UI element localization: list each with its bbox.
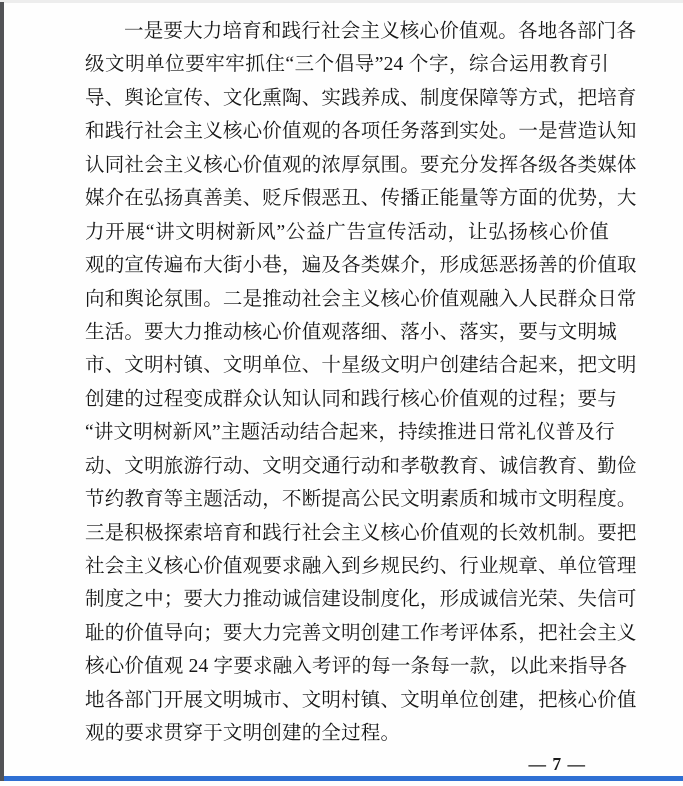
text-line: 社会主义核心价值观要求融入到乡规民约、行业规章、单位管理 <box>85 550 609 583</box>
text-line: 耻的价值导向；要大力完善文明创建工作考评体系，把社会主义 <box>85 617 609 650</box>
text-line: 创建的过程变成群众认知认同和践行核心价值观的过程；要与 <box>85 383 609 416</box>
text-line: 级文明单位要牢牢抓住“三个倡导”24 个字，综合运用教育引 <box>85 48 609 81</box>
text-line: 观的要求贯穿于文明创建的全过程。 <box>85 717 609 750</box>
text-line: “讲文明树新风”主题活动结合起来，持续推进日常礼仪普及行 <box>85 416 609 449</box>
text-line: 节约教育等主题活动，不断提高公民文明素质和城市文明程度。 <box>85 483 609 516</box>
text-line: 地各部门开展文明城市、文明村镇、文明单位创建，把核心价值 <box>85 684 609 717</box>
text-line: 媒介在弘扬真善美、贬斥假恶丑、传播正能量等方面的优势，大 <box>85 182 609 215</box>
text-line: 观的宣传遍布大街小巷，遍及各类媒介，形成惩恶扬善的价值取 <box>85 249 609 282</box>
text-line: 动、文明旅游行动、文明交通行动和孝敬教育、诚信教育、勤俭 <box>85 450 609 483</box>
page-bottom-bar <box>4 776 683 781</box>
document-page: 一是要大力培育和践行社会主义核心价值观。各地各部门各 级文明单位要牢牢抓住“三个… <box>0 0 683 786</box>
text-line: 市、文明村镇、文明单位、十星级文明户创建结合起来，把文明 <box>85 349 609 382</box>
text-line: 力开展“讲文明树新风”公益广告宣传活动，让弘扬核心价值 <box>85 216 609 249</box>
text-line: 导、舆论宣传、文化熏陶、实践养成、制度保障等方式，把培育 <box>85 82 609 115</box>
page-number: — 7 — <box>529 752 587 776</box>
text-line: 认同社会主义核心价值观的浓厚氛围。要充分发挥各级各类媒体 <box>85 149 609 182</box>
text-line: 生活。要大力推动核心价值观落细、落小、落实，要与文明城 <box>85 316 609 349</box>
text-line: 向和舆论氛围。二是推动社会主义核心价值观融入人民群众日常 <box>85 283 609 316</box>
page-left-edge <box>0 2 4 781</box>
text-line: 一是要大力培育和践行社会主义核心价值观。各地各部门各 <box>85 15 609 48</box>
text-line: 三是积极探索培育和践行社会主义核心价值观的长效机制。要把 <box>85 517 609 550</box>
text-line: 和践行社会主义核心价值观的各项任务落到实处。一是营造认知 <box>85 115 609 148</box>
body-text: 一是要大力培育和践行社会主义核心价值观。各地各部门各 级文明单位要牢牢抓住“三个… <box>85 15 609 751</box>
text-line: 制度之中；要大力推动诚信建设制度化，形成诚信光荣、失信可 <box>85 583 609 616</box>
text-line: 核心价值观 24 字要求融入考评的每一条每一款，以此来指导各 <box>85 650 609 683</box>
page-top-edge <box>0 0 683 3</box>
